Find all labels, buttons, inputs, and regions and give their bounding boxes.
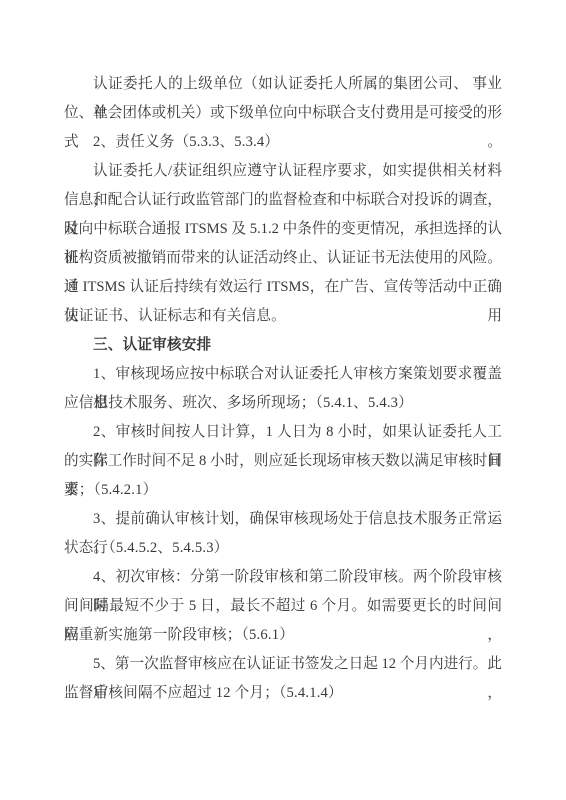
text-line: 时向中标联合通报 ITSMS 及 5.1.2 中条件的变更情况，承担选择的认证 <box>64 215 502 244</box>
text-line: 状态。（5.4.5.2、5.4.5.3） <box>64 534 502 563</box>
document-page: 认证委托人的上级单位（如认证委托人所属的集团公司、 事业单位、社会团体或机关）或… <box>0 0 566 800</box>
text-line: 间间隔最短不少于 5 日，最长不超过 6 个月。如需要更长的时间间隔， <box>64 592 502 621</box>
text-line: 机构资质被撤销而带来的认证活动终止、认证证书无法使用的风险。通 <box>64 244 502 273</box>
text-line: 过 ITSMS 认证后持续有效运行 ITSMS，在广告、宣传等活动中正确使用 <box>64 273 502 302</box>
text-line: 5、第一次监督审核应在认证证书签发之日起 12 个月内进行。此后， <box>64 650 502 679</box>
text-line: 4、初次审核：分第一阶段审核和第二阶段审核。两个阶段审核时 <box>64 563 502 592</box>
text-line: 认证委托人的上级单位（如认证委托人所属的集团公司、 事业单 <box>64 70 502 99</box>
document-body: 认证委托人的上级单位（如认证委托人所属的集团公司、 事业单位、社会团体或机关）或… <box>64 70 502 708</box>
text-line: 认证委托人/获证组织应遵守认证程序要求，如实提供相关材料和 <box>64 157 502 186</box>
text-line: 位、社会团体或机关）或下级单位向中标联合支付费用是可接受的形式。 <box>64 99 502 128</box>
text-line: 应信息技术服务、班次、多场所现场；（5.4.1、5.4.3） <box>64 389 502 418</box>
text-line: 求；（5.4.2.1） <box>64 476 502 505</box>
text-line: 1、审核现场应按中标联合对认证委托人审核方案策划要求覆盖相 <box>64 360 502 389</box>
section-heading: 三、认证审核安排 <box>64 331 502 360</box>
text-line: 信息，配合认证行政监管部门的监督检查和中标联合对投诉的调查，及 <box>64 186 502 215</box>
text-line: 2、审核时间按人日计算，1 人日为 8 小时，如果认证委托人工作日 <box>64 418 502 447</box>
text-line: 3、提前确认审核计划，确保审核现场处于信息技术服务正常运行 <box>64 505 502 534</box>
text-line: 的实际工作时间不足 8 小时，则应延长现场审核天数以满足审核时间要 <box>64 447 502 476</box>
